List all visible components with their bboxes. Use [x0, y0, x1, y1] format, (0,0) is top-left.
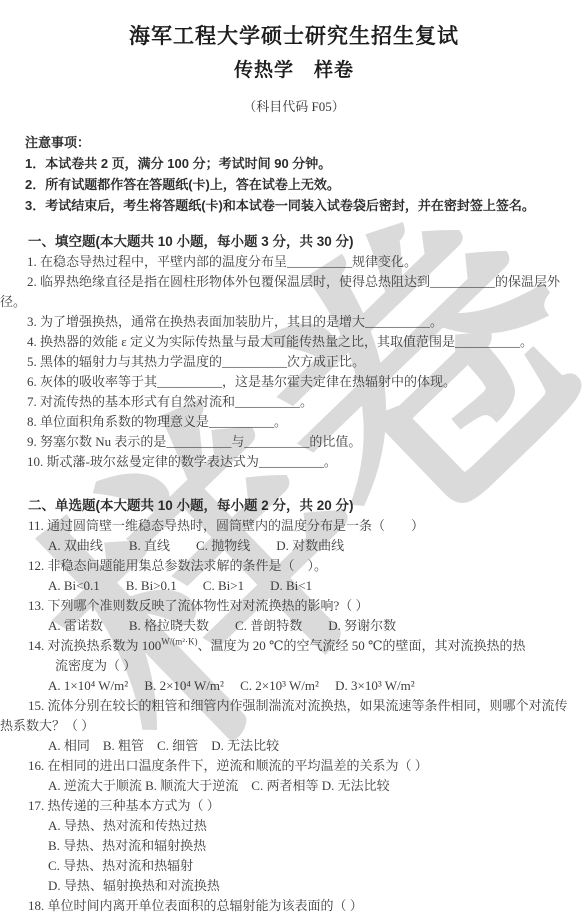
- fill-question-8: 8. 单位面积角系数的物理意义是__________。: [27, 412, 588, 432]
- choice-question-14-line1: 14. 对流换热系数为 100W/(m²·K)、温度为 20 ℃的空气流经 50…: [28, 636, 588, 656]
- exam-subject-title: 传热学 样卷: [0, 54, 588, 88]
- fill-question-5: 5. 黑体的辐射力与其热力学温度的__________次方成正比。: [27, 352, 588, 372]
- choice-question-16: 16. 在相同的进出口温度条件下，逆流和顺流的平均温差的关系为（ ）: [28, 756, 588, 776]
- question-14-text-pre: 14. 对流换热系数为 100: [28, 638, 161, 653]
- choice-section-heading: 二、单选题(本大题共 10 小题，每小题 2 分，共 20 分): [28, 496, 588, 516]
- fill-question-4: 4. 换热器的效能 ε 定义为实际传热量与最大可能传热量之比，其取值范围是___…: [27, 332, 588, 352]
- choice-question-14-line2: 流密度为（ ）: [55, 656, 588, 676]
- choice-question-15-line2: 热系数大？（ ）: [0, 716, 588, 736]
- exam-content: 海军工程大学硕士研究生招生复试 传热学 样卷 （科目代码 F05） 注意事项： …: [0, 0, 588, 916]
- fill-question-3: 3. 为了增强换热，通常在换热表面加装肋片，其目的是增大__________。: [27, 312, 588, 332]
- choice-option-17-a: A. 导热、热对流和传热过热: [48, 816, 588, 836]
- fill-question-1: 1. 在稳态导热过程中，平壁内部的温度分布呈__________规律变化。: [27, 252, 588, 272]
- choice-question-12: 12. 非稳态问题能用集总参数法求解的条件是（ ）。: [28, 556, 588, 576]
- fill-question-7: 7. 对流传热的基本形式有自然对流和__________。: [27, 392, 588, 412]
- choice-options-12: A. Bi<0.1 B. Bi>0.1 C. Bi>1 D. Bi<1: [48, 576, 588, 596]
- single-choice-section: 二、单选题(本大题共 10 小题，每小题 2 分，共 20 分) 11. 通过圆…: [0, 496, 588, 916]
- exam-paper-page: 样卷 海军工程大学硕士研究生招生复试 传热学 样卷 （科目代码 F05） 注意事…: [0, 0, 588, 918]
- fill-question-2-line2: 径。: [0, 292, 588, 312]
- choice-options-13: A. 雷诺数 B. 格拉晓夫数 C. 普朗特数 D. 努谢尔数: [48, 616, 588, 636]
- choice-option-17-d: D. 导热、辐射换热和对流换热: [48, 876, 588, 896]
- choice-options-15: A. 相同 B. 粗管 C. 细管 D. 无法比较: [48, 736, 588, 756]
- choice-question-17: 17. 热传递的三种基本方式为（ ）: [28, 796, 588, 816]
- fill-question-2-line1: 2. 临界热绝缘直径是指在圆柱形物体外包覆保温层时，使得总热阻达到_______…: [27, 272, 588, 292]
- fill-question-10: 10. 斯忒藩-玻尔兹曼定律的数学表达式为__________。: [27, 452, 588, 472]
- fill-question-6: 6. 灰体的吸收率等于其__________，这是基尔霍夫定律在热辐射中的体现。: [27, 372, 588, 392]
- choice-question-18: 18. 单位时间内离开单位表面积的总辐射能为该表面的（ ）: [28, 896, 588, 916]
- choice-question-13: 13. 下列哪个准则数反映了流体物性对对流换热的影响?（ ）: [28, 596, 588, 616]
- note-item-3: 3．考试结束后，考生将答题纸(卡)和本试卷一同装入试卷袋后密封，并在密封签上签名…: [25, 195, 582, 216]
- exam-title: 海军工程大学硕士研究生招生复试: [0, 22, 588, 52]
- subject-code: （科目代码 F05）: [0, 96, 588, 118]
- choice-option-17-c: C. 导热、热对流和热辐射: [48, 856, 588, 876]
- choice-options-14: A. 1×10⁴ W/m² B. 2×10⁴ W/m² C. 2×10³ W/m…: [48, 676, 588, 696]
- question-14-unit-superscript: W/(m²·K): [161, 637, 197, 647]
- choice-question-11: 11. 通过圆筒壁一维稳态导热时，圆筒壁内的温度分布是一条（ ）: [28, 516, 588, 536]
- fill-in-section: 一、填空题(本大题共 10 小题，每小题 3 分，共 30 分) 1. 在稳态导…: [0, 232, 588, 472]
- note-item-1: 1．本试卷共 2 页，满分 100 分；考试时间 90 分钟。: [25, 153, 582, 174]
- notes-header: 注意事项：: [25, 132, 582, 153]
- choice-options-16: A. 逆流大于顺流 B. 顺流大于逆流 C. 两者相等 D. 无法比较: [48, 776, 588, 796]
- choice-option-17-b: B. 导热、热对流和辐射换热: [48, 836, 588, 856]
- notes-section: 注意事项： 1．本试卷共 2 页，满分 100 分；考试时间 90 分钟。 2．…: [0, 132, 588, 216]
- fill-question-9: 9. 努塞尔数 Nu 表示的是__________与__________的比值。: [27, 432, 588, 452]
- choice-question-15-line1: 15. 流体分别在较长的粗管和细管内作强制湍流对流换热，如果流速等条件相同，则哪…: [28, 696, 588, 716]
- note-item-2: 2．所有试题都作答在答题纸(卡)上，答在试卷上无效。: [25, 174, 582, 195]
- fill-section-heading: 一、填空题(本大题共 10 小题，每小题 3 分，共 30 分): [28, 232, 588, 252]
- choice-options-11: A. 双曲线 B. 直线 C. 抛物线 D. 对数曲线: [48, 536, 588, 556]
- question-14-text-post: 、温度为 20 ℃的空气流经 50 ℃的壁面，其对流换热的热: [197, 638, 525, 653]
